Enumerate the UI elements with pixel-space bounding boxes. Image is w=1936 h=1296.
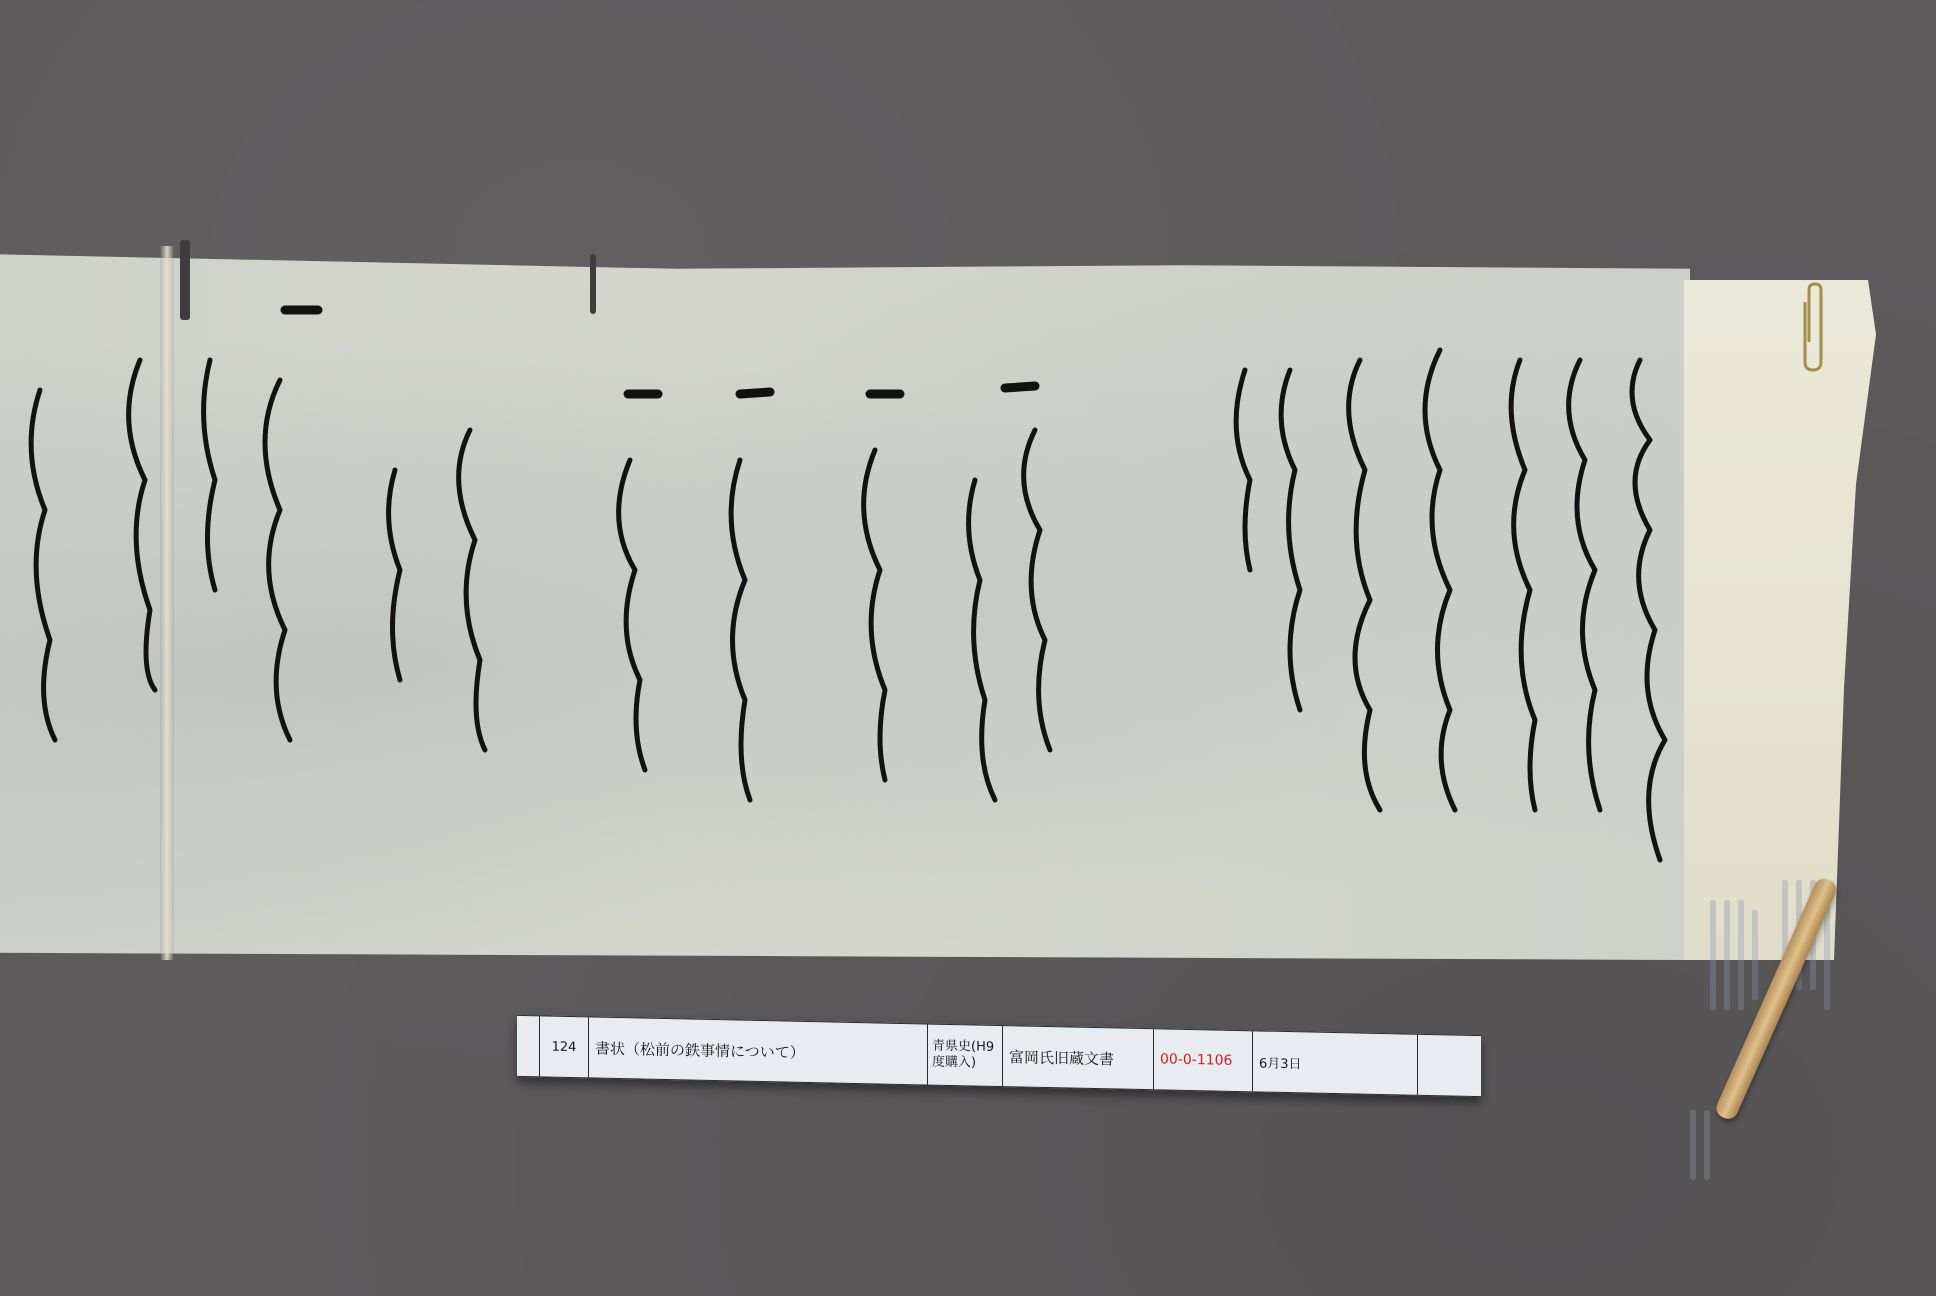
label-source: 青県史(H9度購入) bbox=[928, 1025, 1003, 1087]
wrapper-paper-end bbox=[1684, 280, 1884, 960]
label-collection: 富岡氏旧蔵文書 bbox=[1003, 1026, 1154, 1089]
item-markers bbox=[285, 310, 1035, 394]
calligraphy-ink bbox=[0, 240, 1690, 960]
paper-clip bbox=[1795, 282, 1825, 372]
label-number: 124 bbox=[540, 1016, 589, 1077]
label-date: 6月3日 bbox=[1253, 1031, 1418, 1094]
label-blank-cell bbox=[1418, 1035, 1442, 1096]
document-scroll bbox=[0, 240, 1880, 960]
label-title: 書状（松前の鉄事情について） bbox=[589, 1017, 928, 1084]
label-catalog-id: 00-0-1106 bbox=[1154, 1029, 1253, 1091]
label-blank-cell bbox=[517, 1016, 540, 1076]
catalog-label: 124 書状（松前の鉄事情について） 青県史(H9度購入) 富岡氏旧蔵文書 00… bbox=[517, 1015, 1481, 1097]
